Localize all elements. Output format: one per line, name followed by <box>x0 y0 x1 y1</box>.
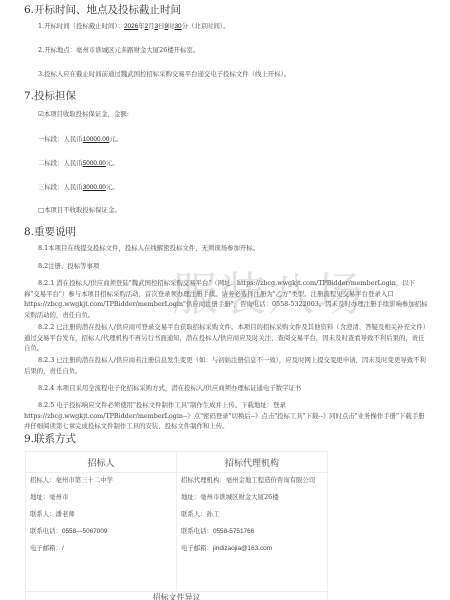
agency-email-row: 电子邮箱：jindizaojia@163.com <box>181 544 324 553</box>
lot-label: 三标段：人民币 <box>38 183 83 191</box>
phone-label: 联系电话： <box>181 527 213 535</box>
lot-unit: 元。 <box>106 159 119 167</box>
lot-amount: 10000.00 <box>83 136 110 143</box>
tenderer-email-row: 电子邮箱：/ <box>30 544 173 553</box>
opening-time-label: 1.开标时间（投标截止时间）： <box>38 22 124 30</box>
email-label: 电子邮箱： <box>181 544 213 552</box>
note-8-2-1: 8.2.1 潜在投标人/供应商须登陆"魏武国控招标采购交易平台"（网址：http… <box>24 278 428 320</box>
note-8-2-3: 8.2.3 已注册的潜在投标人/供应商若注册信息发生变更（如：与初始注册信息不一… <box>24 355 428 376</box>
tenderer-address: 地址：亳州市 <box>30 493 173 502</box>
section-6-heading: 6.开标时间、地点及投标截止时间 <box>24 2 181 17</box>
lot-3-deposit: 三标段：人民币3000.00元。 <box>38 183 119 192</box>
lot-2-deposit: 二标段：人民币5000.00元。 <box>38 159 119 168</box>
lot-unit: 元。 <box>106 183 119 191</box>
agency-name: 招标代理机构：亳州金地工程造价咨询有限公司 <box>181 476 324 485</box>
note-8-2-4: 8.2.4 本项目采用全流程电子化招标采购方式，潜在投标人/供应商须办理标证通电… <box>24 383 428 394</box>
phone-label: 联系电话： <box>30 527 62 535</box>
lot-amount: 5000.00 <box>83 160 106 167</box>
agency-email: jindizaojia@163.com <box>213 545 272 552</box>
section-8-heading: 8.重要说明 <box>24 224 76 239</box>
email-label: 电子邮箱： <box>30 544 62 552</box>
tenderer-name: 招标人：亳州市第三十二中学 <box>30 476 173 485</box>
agency-contact: 联系人：孙工 <box>181 510 324 519</box>
tenderer-contact: 联系人：潘老师 <box>30 510 173 519</box>
note-8-1: 8.1本项目在线提交投标文件，投标人在线解密投标文件，无须现场参加开标。 <box>38 244 259 253</box>
lot-amount: 3000.00 <box>83 184 106 191</box>
agency-cell: 招标代理机构：亳州金地工程造价咨询有限公司 地址：亳州市谯城区财金大厦26楼 联… <box>177 473 328 592</box>
note-8-2-2: 8.2.2 已注册的潜在投标人/供应商可登录交易平台获取招标采购文件。本项目的招… <box>24 322 428 354</box>
deposit-checked-option: ☑本项目收取投标保证金，金额: <box>38 110 129 119</box>
agency-phone: 0558-5751766 <box>213 528 254 535</box>
lot-1-deposit: 一标段：人民币10000.00元。 <box>38 135 122 144</box>
opening-year: 2026 <box>124 23 138 30</box>
opening-location: 2.开标地点：亳州市谯城区元多路财金大厦26楼开标室。 <box>38 46 199 55</box>
agency-phone-row: 联系电话：0558-5751766 <box>181 527 324 536</box>
section-7-heading: 7.投标担保 <box>24 88 76 103</box>
agency-address: 地址：亳州市谯城区财金大厦26楼 <box>181 493 324 502</box>
agency-header: 招标代理机构 <box>177 452 328 473</box>
submission-note: 3.投标人应在截止时间前通过魏武国控招标采购交易平台递交电子投标文件（线上开标）… <box>38 70 290 79</box>
contact-table: 招标人 招标代理机构 招标人：亳州市第三十二中学 地址：亳州市 联系人：潘老师 … <box>25 451 328 600</box>
tenderer-header: 招标人 <box>26 452 177 473</box>
beijing-time-suffix: 分（北京时间）。 <box>182 22 230 30</box>
tenderer-phone: 0558—5067009 <box>62 528 108 535</box>
tenderer-email: / <box>62 545 64 552</box>
deposit-unchecked-option: □本项目不收取投标保证金。 <box>38 206 121 215</box>
tender-objection-header: 招标文件异议 <box>26 592 328 600</box>
note-8-2: 8.2注册、投标等事项 <box>38 262 99 271</box>
opening-time-line: 1.开标时间（投标截止时间）：2026年2月3日9时30分（北京时间）。 <box>38 22 230 31</box>
tenderer-cell: 招标人：亳州市第三十二中学 地址：亳州市 联系人：潘老师 联系电话：0558—5… <box>26 473 177 592</box>
note-8-2-5: 8.2.5 电子投标响应文件必须使用"投标文件制作工具"制作生成并上传。下载地址… <box>24 400 428 432</box>
tenderer-phone-row: 联系电话：0558—5067009 <box>30 527 173 536</box>
lot-unit: 元。 <box>109 135 122 143</box>
lot-label: 一标段：人民币 <box>38 135 83 143</box>
opening-minute: 30 <box>174 23 181 30</box>
lot-label: 二标段：人民币 <box>38 159 83 167</box>
section-9-heading: 9.联系方式 <box>24 431 76 446</box>
